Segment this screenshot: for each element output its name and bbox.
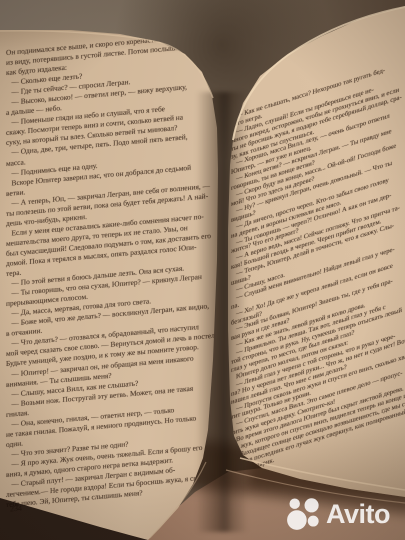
avito-watermark: Avito — [286, 495, 390, 532]
book-photo: Он поднимался все выше, и скоро его коре… — [0, 0, 405, 540]
avito-watermark-label: Avito — [326, 497, 390, 531]
book-gutter-shadow — [196, 92, 248, 532]
right-page-text: — Как не слышать, масса? Нехорошо так ру… — [231, 45, 405, 477]
avito-logo-icon — [286, 495, 323, 532]
